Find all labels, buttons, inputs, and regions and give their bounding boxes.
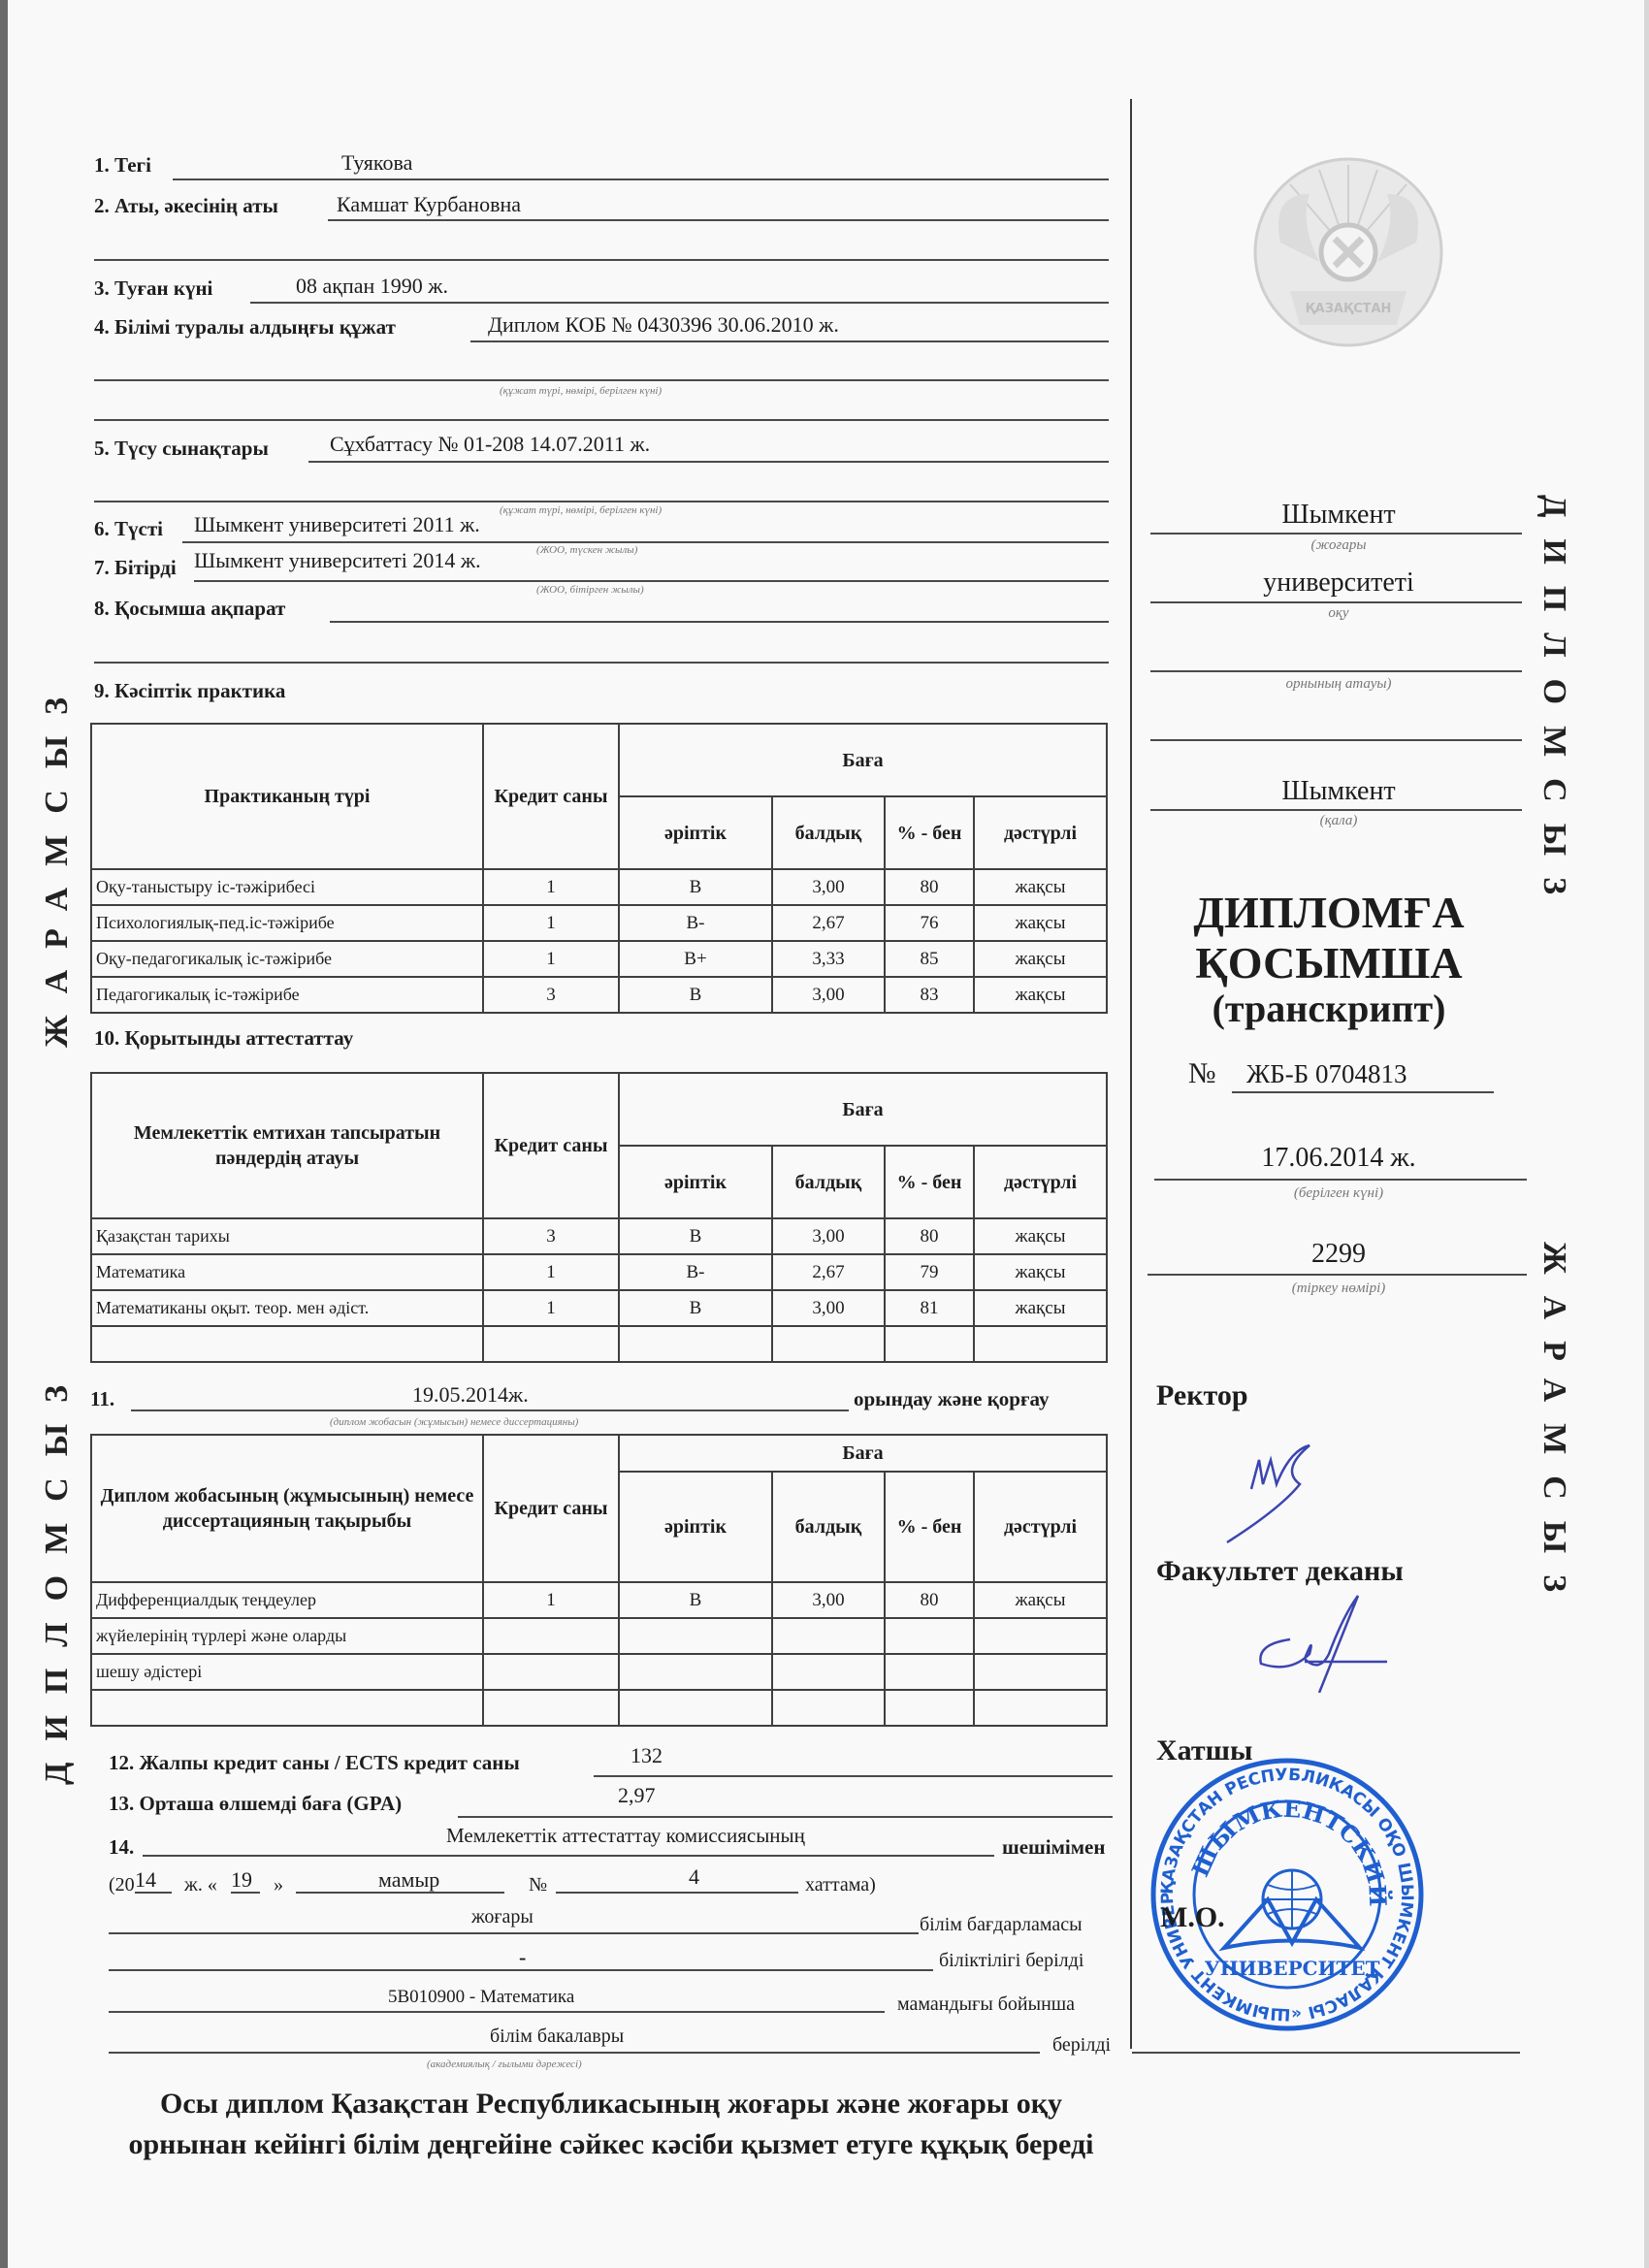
thesis-hint: (диплом жобасын (жұмысын) немесе диссерт… bbox=[330, 1416, 578, 1428]
vertical-text-left-top: ЖАРАМСЫЗ bbox=[39, 504, 76, 1048]
name-value: Камшат Курбановна bbox=[337, 192, 521, 217]
registration-number: 2299 bbox=[1154, 1239, 1523, 1270]
kazakhstan-emblem-icon: ҚАЗАҚСТАН bbox=[1251, 155, 1445, 349]
city-value: Шымкент bbox=[1154, 776, 1523, 807]
cell-percent bbox=[885, 1654, 974, 1690]
cell-credits: 1 bbox=[483, 941, 619, 977]
header-points: балдық bbox=[772, 796, 885, 869]
cell-credits: 1 bbox=[483, 869, 619, 905]
title-line-1: ДИПЛОМҒА bbox=[1154, 888, 1503, 938]
table-row bbox=[91, 1326, 1107, 1362]
header-traditional: дәстүрлі bbox=[974, 1472, 1107, 1582]
header-grade: Баға bbox=[619, 724, 1107, 796]
cell-points: 3,00 bbox=[772, 1290, 885, 1326]
cell-credits: 3 bbox=[483, 1218, 619, 1254]
protocol-month: мамыр bbox=[378, 1867, 439, 1893]
protocol-day: 19 bbox=[231, 1867, 252, 1893]
cell-traditional: жақсы bbox=[974, 869, 1107, 905]
entrance-hint: (құжат түрі, нөмірі, берілген күні) bbox=[500, 504, 662, 516]
enrolled-hint: (ЖОО, түскен жылы) bbox=[536, 544, 637, 556]
cell-traditional: жақсы bbox=[974, 1218, 1107, 1254]
cell-credits: 1 bbox=[483, 1254, 619, 1290]
cell-points: 3,33 bbox=[772, 941, 885, 977]
cell-letter: B- bbox=[619, 1254, 772, 1290]
cell-letter: B- bbox=[619, 905, 772, 941]
title-line-2: ҚОСЫМША bbox=[1154, 938, 1503, 988]
header-name: Мемлекеттік емтихан тапсыратын пәндердің… bbox=[91, 1073, 483, 1218]
issue-date-hint: (берілген күні) bbox=[1154, 1185, 1523, 1202]
cell-points bbox=[772, 1690, 885, 1726]
cell-points: 2,67 bbox=[772, 905, 885, 941]
header-name: Практиканың түрі bbox=[91, 724, 483, 869]
name-label: 2. Аты, әкесінің аты bbox=[94, 194, 278, 218]
entrance-label: 5. Түсу сынақтары bbox=[94, 437, 269, 461]
cell-name: Оқу-таныстыру іс-тәжірибесі bbox=[91, 869, 483, 905]
cell-letter: B bbox=[619, 1218, 772, 1254]
cell-traditional bbox=[974, 1690, 1107, 1726]
footer-line-1: Осы диплом Қазақстан Республикасының жоғ… bbox=[97, 2084, 1125, 2124]
university-line-2: университеті bbox=[1154, 567, 1523, 599]
cell-name bbox=[91, 1690, 483, 1726]
cell-credits bbox=[483, 1654, 619, 1690]
cell-letter: B+ bbox=[619, 941, 772, 977]
graduated-label: 7. Бітірді bbox=[94, 556, 177, 580]
footer-statement: Осы диплом Қазақстан Республикасының жоғ… bbox=[97, 2084, 1125, 2165]
cell-name: шешу әдістері bbox=[91, 1654, 483, 1690]
degree-suffix: берілді bbox=[1052, 2034, 1111, 2057]
surname-label: 1. Тегі bbox=[94, 153, 151, 178]
title-line-3: (транскрипт) bbox=[1154, 988, 1503, 1031]
header-letter: әріптік bbox=[619, 1472, 772, 1582]
cell-traditional: жақсы bbox=[974, 977, 1107, 1013]
cell-letter bbox=[619, 1654, 772, 1690]
rector-signature bbox=[1212, 1431, 1329, 1547]
cell-letter bbox=[619, 1326, 772, 1362]
cell-credits: 1 bbox=[483, 905, 619, 941]
cell-percent: 79 bbox=[885, 1254, 974, 1290]
cell-points bbox=[772, 1326, 885, 1362]
cell-traditional bbox=[974, 1618, 1107, 1654]
cell-percent: 80 bbox=[885, 869, 974, 905]
cell-credits bbox=[483, 1618, 619, 1654]
cell-credits: 1 bbox=[483, 1290, 619, 1326]
cell-traditional: жақсы bbox=[974, 1290, 1107, 1326]
thesis-date: 19.05.2014ж. bbox=[412, 1382, 529, 1408]
cell-letter: B bbox=[619, 1582, 772, 1618]
specialty-value: 5B010900 - Математика bbox=[388, 1987, 574, 2008]
degree-value: білім бакалавры bbox=[490, 2025, 624, 2048]
total-credits-label: 12. Жалпы кредит саны / ECTS кредит саны bbox=[109, 1751, 520, 1775]
commission-number: 14. bbox=[109, 1835, 134, 1860]
cell-credits bbox=[483, 1326, 619, 1362]
prev-doc-value: Диплом КОБ № 0430396 30.06.2010 ж. bbox=[488, 312, 839, 338]
cell-traditional: жақсы bbox=[974, 905, 1107, 941]
program-suffix: білім бағдарламасы bbox=[920, 1914, 1083, 1936]
cell-traditional: жақсы bbox=[974, 1582, 1107, 1618]
cell-percent: 80 bbox=[885, 1218, 974, 1254]
cell-percent: 85 bbox=[885, 941, 974, 977]
cell-points: 3,00 bbox=[772, 1582, 885, 1618]
qualification-value: - bbox=[519, 1945, 526, 1970]
cell-credits bbox=[483, 1690, 619, 1726]
cell-name bbox=[91, 1326, 483, 1362]
page-divider bbox=[1130, 99, 1132, 2049]
issue-date: 17.06.2014 ж. bbox=[1154, 1143, 1523, 1174]
table-row: Қазақстан тарихы3B3,0080жақсы bbox=[91, 1218, 1107, 1254]
thesis-table: Диплом жобасының (жұмысының) немесе дисс… bbox=[90, 1434, 1108, 1727]
attestation-title: 10. Қорытынды аттестаттау bbox=[94, 1026, 353, 1051]
table-row: Психологиялық-пед.іс-тәжірибе1B-2,6776жа… bbox=[91, 905, 1107, 941]
university-hint-3: орнының атауы) bbox=[1154, 676, 1523, 693]
cell-traditional bbox=[974, 1326, 1107, 1362]
header-credits: Кредит саны bbox=[483, 1073, 619, 1218]
gpa-label: 13. Орташа өлшемді баға (GPA) bbox=[109, 1792, 402, 1816]
cell-percent bbox=[885, 1326, 974, 1362]
dean-signature bbox=[1251, 1586, 1387, 1693]
cell-percent bbox=[885, 1690, 974, 1726]
attestation-table: Мемлекеттік емтихан тапсыратын пәндердің… bbox=[90, 1072, 1108, 1363]
cell-name: Дифференциалдық теңдеулер bbox=[91, 1582, 483, 1618]
program-value: жоғары bbox=[471, 1906, 533, 1928]
cell-points bbox=[772, 1654, 885, 1690]
rector-label: Ректор bbox=[1156, 1379, 1248, 1412]
vertical-text-right-bottom: ЖАРАМСЫЗ bbox=[1536, 1242, 1572, 1785]
enrolled-value: Шымкент университеті 2011 ж. bbox=[194, 512, 480, 537]
cell-name: Оқу-педагогикалық іс-тәжірибе bbox=[91, 941, 483, 977]
svg-text:ҚАЗАҚСТАН: ҚАЗАҚСТАН bbox=[1306, 302, 1392, 316]
cell-name: Қазақстан тарихы bbox=[91, 1218, 483, 1254]
graduated-hint: (ЖОО, бітірген жылы) bbox=[536, 584, 644, 596]
gpa-value: 2,97 bbox=[618, 1783, 656, 1808]
table-row: шешу әдістері bbox=[91, 1654, 1107, 1690]
header-letter: әріптік bbox=[619, 796, 772, 869]
table-row: Оқу-таныстыру іс-тәжірибесі1B3,0080жақсы bbox=[91, 869, 1107, 905]
university-stamp: ҚАЗАҚСТАН РЕСПУБЛИКАСЫ ОҚО ШЫМКЕНТ ҚАЛАС… bbox=[1147, 1754, 1428, 2035]
prev-doc-hint: (құжат түрі, нөмірі, берілген күні) bbox=[500, 385, 662, 397]
header-credits: Кредит саны bbox=[483, 724, 619, 869]
cell-letter bbox=[619, 1690, 772, 1726]
university-hint-2: оқу bbox=[1154, 605, 1523, 622]
scan-left-edge bbox=[0, 0, 8, 2268]
transcript-number-label: № bbox=[1188, 1057, 1216, 1090]
cell-letter: B bbox=[619, 977, 772, 1013]
header-grade: Баға bbox=[619, 1435, 1107, 1472]
specialty-suffix: мамандығы бойынша bbox=[897, 1993, 1075, 2016]
cell-traditional bbox=[974, 1654, 1107, 1690]
protocol-number: 4 bbox=[689, 1864, 699, 1890]
header-traditional: дәстүрлі bbox=[974, 1146, 1107, 1218]
header-percent: % - бен bbox=[885, 1146, 974, 1218]
cell-name: Математика bbox=[91, 1254, 483, 1290]
cell-credits: 1 bbox=[483, 1582, 619, 1618]
vertical-text-right-top: ДИПЛОМСЫЗ bbox=[1536, 495, 1572, 1096]
cell-points: 2,67 bbox=[772, 1254, 885, 1290]
header-traditional: дәстүрлі bbox=[974, 796, 1107, 869]
prev-doc-label: 4. Білімі туралы алдыңғы құжат bbox=[94, 315, 396, 340]
svg-text:УНИВЕРСИТЕТ: УНИВЕРСИТЕТ bbox=[1204, 1957, 1379, 1980]
cell-points: 3,00 bbox=[772, 977, 885, 1013]
cell-name: Математиканы оқыт. теор. мен әдіст. bbox=[91, 1290, 483, 1326]
cell-traditional: жақсы bbox=[974, 941, 1107, 977]
transcript-number: ЖБ-Б 0704813 bbox=[1246, 1059, 1406, 1089]
practice-title: 9. Кәсіптік практика bbox=[94, 679, 285, 703]
table-row: Математиканы оқыт. теор. мен әдіст.1B3,0… bbox=[91, 1290, 1107, 1326]
birthdate-value: 08 ақпан 1990 ж. bbox=[296, 274, 448, 299]
table-row bbox=[91, 1690, 1107, 1726]
practice-table: Практиканың түріКредит саныБағаәріптікба… bbox=[90, 723, 1108, 1014]
cell-name: жүйелерінің түрлері және оларды bbox=[91, 1618, 483, 1654]
seal-label: М.О. bbox=[1160, 1901, 1225, 1934]
header-percent: % - бен bbox=[885, 1472, 974, 1582]
cell-percent bbox=[885, 1618, 974, 1654]
header-grade: Баға bbox=[619, 1073, 1107, 1146]
header-points: балдық bbox=[772, 1472, 885, 1582]
cell-points bbox=[772, 1618, 885, 1654]
header-letter: әріптік bbox=[619, 1146, 772, 1218]
cell-letter: B bbox=[619, 869, 772, 905]
cell-points: 3,00 bbox=[772, 869, 885, 905]
cell-points: 3,00 bbox=[772, 1218, 885, 1254]
cell-percent: 80 bbox=[885, 1582, 974, 1618]
total-credits-value: 132 bbox=[630, 1743, 663, 1768]
scan-right-edge bbox=[1644, 0, 1649, 2268]
protocol-year: 14 bbox=[135, 1867, 156, 1893]
vertical-text-left-bottom: ДИПЛОМСЫЗ bbox=[39, 1183, 76, 1785]
footer-line-2: орнынан кейінгі білім деңгейіне сәйкес к… bbox=[97, 2124, 1125, 2165]
cell-credits: 3 bbox=[483, 977, 619, 1013]
cell-percent: 81 bbox=[885, 1290, 974, 1326]
surname-value: Туякова bbox=[341, 150, 412, 176]
qualification-suffix: біліктілігі берілді bbox=[939, 1950, 1083, 1972]
birthdate-label: 3. Туған күні bbox=[94, 276, 212, 301]
cell-letter: B bbox=[619, 1290, 772, 1326]
entrance-value: Сұхбаттасу № 01-208 14.07.2011 ж. bbox=[330, 432, 650, 457]
document-title: ДИПЛОМҒА ҚОСЫМША (транскрипт) bbox=[1154, 888, 1503, 1031]
table-row: Математика1B-2,6779жақсы bbox=[91, 1254, 1107, 1290]
thesis-number: 11. bbox=[90, 1387, 114, 1411]
header-points: балдық bbox=[772, 1146, 885, 1218]
header-name: Диплом жобасының (жұмысының) немесе дисс… bbox=[91, 1435, 483, 1582]
city-hint: (қала) bbox=[1154, 813, 1523, 829]
additional-info-label: 8. Қосымша ақпарат bbox=[94, 597, 285, 621]
cell-traditional: жақсы bbox=[974, 1254, 1107, 1290]
table-row: Дифференциалдық теңдеулер1B3,0080жақсы bbox=[91, 1582, 1107, 1618]
cell-letter bbox=[619, 1618, 772, 1654]
university-hint-1: (жоғары bbox=[1154, 537, 1523, 554]
cell-percent: 76 bbox=[885, 905, 974, 941]
cell-name: Психологиялық-пед.іс-тәжірибе bbox=[91, 905, 483, 941]
commission-suffix: шешімімен bbox=[1002, 1835, 1105, 1860]
table-row: жүйелерінің түрлері және оларды bbox=[91, 1618, 1107, 1654]
table-row: Педагогикалық іс-тәжірибе3B3,0083жақсы bbox=[91, 977, 1107, 1013]
graduated-value: Шымкент университеті 2014 ж. bbox=[194, 548, 481, 573]
university-line-1: Шымкент bbox=[1154, 500, 1523, 531]
registration-number-hint: (тіркеу нөмірі) bbox=[1154, 1280, 1523, 1297]
enrolled-label: 6. Түсті bbox=[94, 517, 163, 541]
dean-label: Факультет деканы bbox=[1156, 1555, 1404, 1588]
table-row: Оқу-педагогикалық іс-тәжірибе1B+3,3385жа… bbox=[91, 941, 1107, 977]
thesis-suffix: орындау және қорғау bbox=[854, 1387, 1049, 1411]
cell-name: Педагогикалық іс-тәжірибе bbox=[91, 977, 483, 1013]
header-percent: % - бен bbox=[885, 796, 974, 869]
cell-percent: 83 bbox=[885, 977, 974, 1013]
header-credits: Кредит саны bbox=[483, 1435, 619, 1582]
degree-hint: (академиялық / ғылыми дәрежесі) bbox=[427, 2058, 582, 2070]
commission-value: Мемлекеттік аттестаттау комиссиясының bbox=[446, 1824, 805, 1848]
